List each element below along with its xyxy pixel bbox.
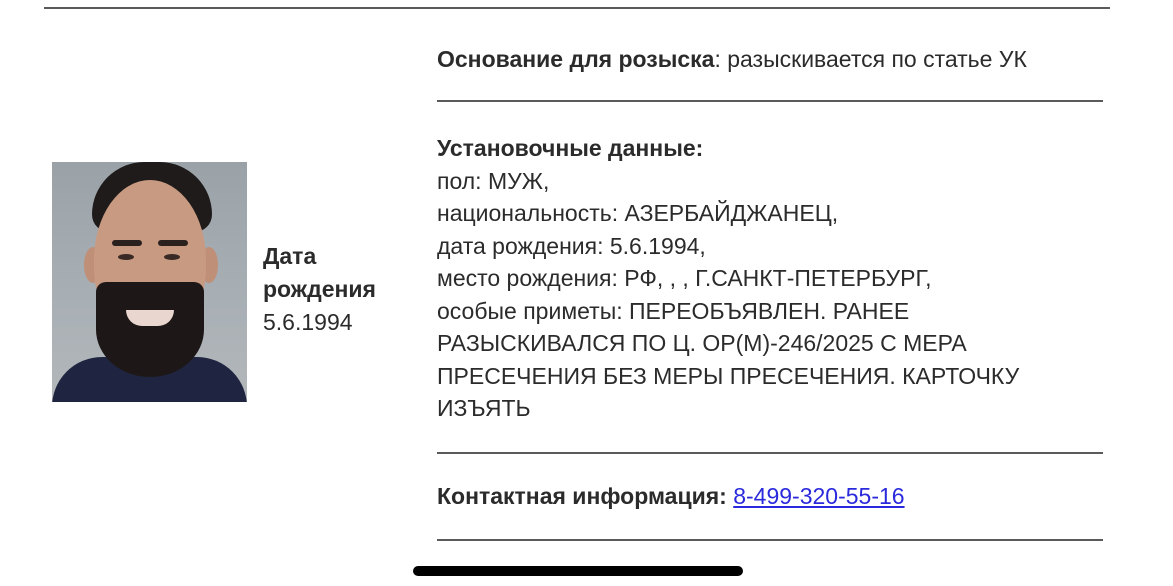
detail-birth-date: дата рождения: 5.6.1994, [437,230,1117,263]
reason-label: Основание для розыска [437,46,714,72]
identification-details: Установочные данные: пол: МУЖ, националь… [437,132,1117,425]
reason-separator: : [714,46,727,72]
detail-birth-place: место рождения: РФ, , , Г.САНКТ-ПЕТЕРБУР… [437,262,1117,295]
contact-phone-link[interactable]: 8-499-320-55-16 [733,483,904,509]
divider [437,452,1103,454]
detail-nationality: национальность: АЗЕРБАЙДЖАНЕЦ, [437,197,1117,230]
home-indicator[interactable] [413,566,743,576]
divider [437,100,1103,102]
detail-gender: пол: МУЖ, [437,165,1117,198]
contact-label: Контактная информация: [437,483,727,509]
divider [437,539,1103,541]
details-heading: Установочные данные: [437,132,1117,165]
suspect-photo [52,162,247,402]
detail-special-marks-cont: ИЗЪЯТЬ [437,392,1117,425]
detail-special-marks-cont: РАЗЫСКИВАЛСЯ ПО Ц. ОР(М)-246/2025 С МЕРА [437,327,1117,360]
dob-summary: Дата рождения 5.6.1994 [263,240,376,339]
contact-info: Контактная информация: 8-499-320-55-16 [437,483,905,510]
reason-value: разыскивается по статье УК [727,46,1027,72]
dob-label-line2: рождения [263,273,376,306]
dob-label-line1: Дата [263,240,376,273]
detail-special-marks: особые приметы: ПЕРЕОБЪЯВЛЕН. РАНЕЕ [437,295,1117,328]
wanted-reason: Основание для розыска: разыскивается по … [437,46,1027,73]
top-divider [44,7,1110,9]
detail-special-marks-cont: ПРЕСЕЧЕНИЯ БЕЗ МЕРЫ ПРЕСЕЧЕНИЯ. КАРТОЧКУ [437,360,1117,393]
dob-value: 5.6.1994 [263,306,376,339]
